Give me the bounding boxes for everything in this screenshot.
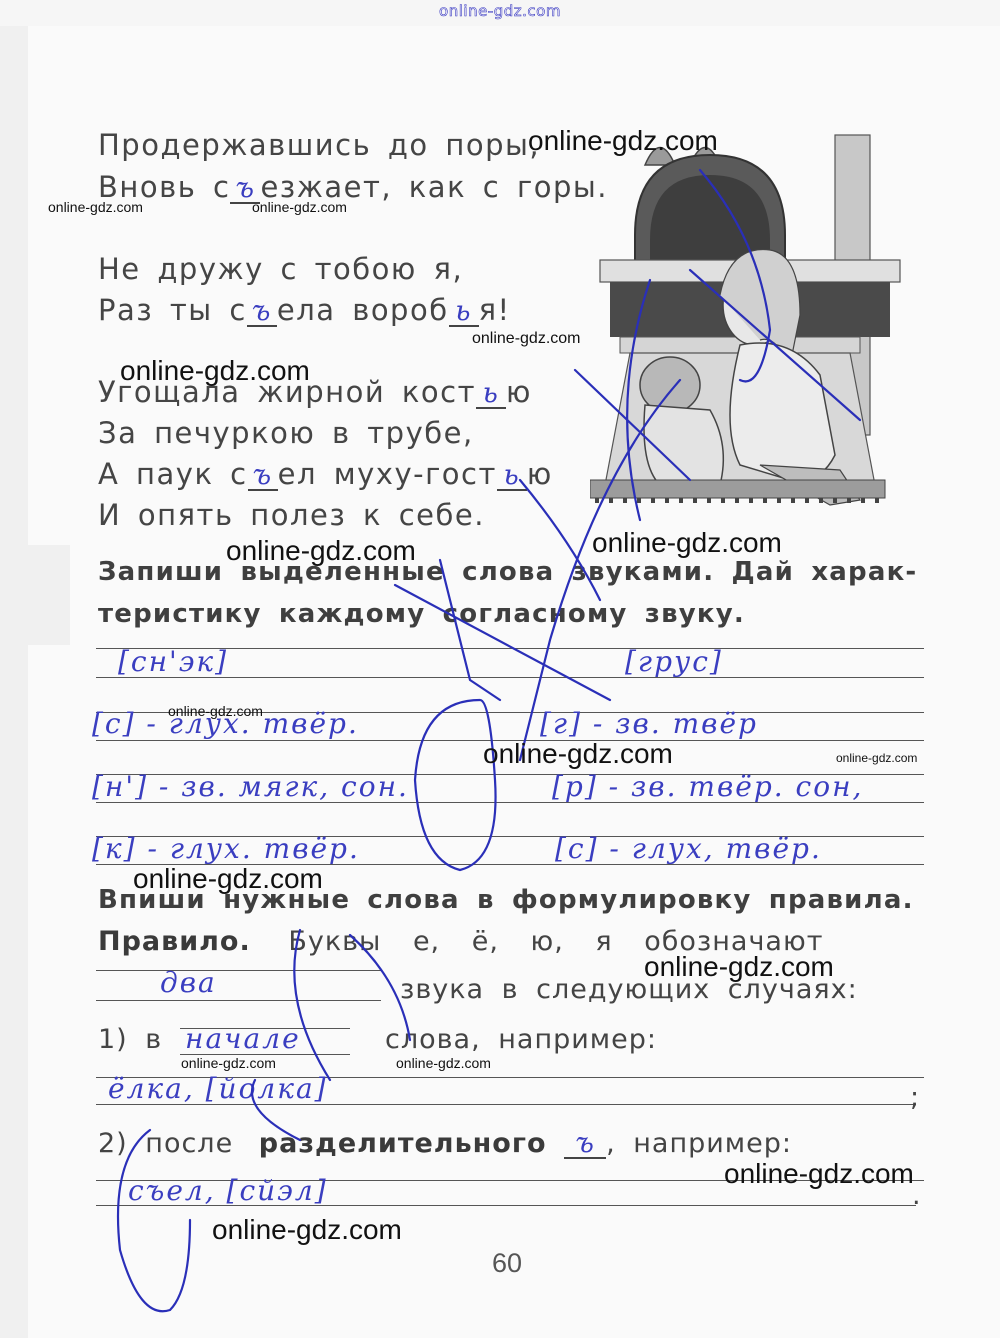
watermark: online-gdz.com <box>181 1055 276 1071</box>
handwritten-example: ёлка, [йолка] <box>108 1072 328 1105</box>
handwritten-transcription: [грус] <box>625 645 723 678</box>
fill-blank[interactable]: ъ <box>248 460 278 491</box>
watermark: online-gdz.com <box>48 199 143 215</box>
watermark: online-gdz.com <box>724 1158 914 1190</box>
task-instruction: теристику каждому согласному звуку. <box>98 599 745 629</box>
text-part: ел муху-гост <box>278 457 497 491</box>
handwritten-fill[interactable]: два <box>160 966 217 999</box>
fill-blank[interactable]: ъ <box>564 1129 606 1159</box>
watermark: online-gdz.com <box>396 1055 491 1071</box>
fill-blank[interactable]: ь <box>476 378 506 409</box>
text-part: А паук с <box>98 457 248 491</box>
rule-label: Правило. <box>98 926 251 957</box>
handwritten-example: съел, [сйэл] <box>128 1174 328 1207</box>
text-part: я! <box>479 293 511 327</box>
handwritten-characteristic: [р] - зв. твёр. сон, <box>552 770 863 803</box>
handwritten-answer: ъ <box>575 1126 595 1159</box>
handwritten-answer: ь <box>504 458 521 491</box>
poem-line: Продержавшись до поры, <box>98 128 540 162</box>
poem-line: И опять полез к себе. <box>98 498 485 532</box>
case-text: слова, например: <box>385 1024 657 1055</box>
poem-line: Не дружу с тобою я, <box>98 252 463 286</box>
writing-line <box>96 1000 381 1001</box>
watermark: online-gdz.com <box>483 738 673 770</box>
writing-line <box>96 970 381 971</box>
illustration-girl-cat-stove <box>590 125 920 525</box>
text-part: ю <box>506 375 532 409</box>
watermark: online-gdz.com <box>472 330 581 348</box>
watermark: online-gdz.com <box>133 863 323 895</box>
case-number: 1) в <box>98 1024 162 1055</box>
handwritten-answer: ъ <box>252 294 272 327</box>
watermark: online-gdz.com <box>592 527 782 559</box>
handwritten-transcription: [сн'эк] <box>118 645 228 678</box>
watermark: online-gdz.com <box>120 355 310 387</box>
fill-blank[interactable]: ь <box>497 460 527 491</box>
watermark: online-gdz.com <box>212 1214 402 1246</box>
watermark: online-gdz.com <box>168 703 263 719</box>
handwritten-answer: ь <box>455 294 472 327</box>
poem-line: А паук съел муху-гостью <box>98 457 553 491</box>
watermark: online-gdz.com <box>528 125 718 157</box>
case-1: 1) в <box>98 1024 162 1055</box>
watermark: online-gdz.com <box>836 751 917 765</box>
case-text: , например: <box>606 1128 792 1159</box>
handwritten-characteristic: [к] - глух. твёр. <box>92 832 360 865</box>
watermark: online-gdz.com <box>226 535 416 567</box>
poem-line: Раз ты съела воробья! <box>98 293 511 327</box>
handwritten-answer: ь <box>483 376 500 409</box>
fill-blank[interactable]: ь <box>449 296 479 327</box>
handwritten-characteristic: [г] - зв. твёр <box>540 707 758 740</box>
handwritten-characteristic: [н'] - зв. мягк, сон. <box>92 770 409 803</box>
text-part: ела вороб <box>277 293 449 327</box>
task-instruction: Запиши выделенные слова звуками. Дай хар… <box>98 557 917 587</box>
text-part: ю <box>527 457 553 491</box>
page-number: 60 <box>492 1248 522 1279</box>
bold-term: разделительного <box>259 1128 547 1159</box>
poem-line: Вновь съезжает, как с горы. <box>98 170 608 204</box>
bleed-through-mark <box>28 545 70 645</box>
watermark: online-gdz.com <box>644 951 834 983</box>
poem-line: За печуркою в трубе, <box>98 416 474 450</box>
top-watermark: online-gdz.com <box>0 2 1000 20</box>
handwritten-fill[interactable]: начале <box>185 1022 301 1055</box>
punctuation: ; <box>910 1082 920 1113</box>
watermark: online-gdz.com <box>252 199 347 215</box>
handwritten-answer: ъ <box>253 458 273 491</box>
page-bleed <box>0 26 28 1338</box>
case-number: 2) после <box>98 1128 233 1159</box>
fill-blank[interactable]: ъ <box>247 296 277 327</box>
case-2: 2) после разделительного ъ, например: <box>98 1128 792 1159</box>
text-part: Раз ты с <box>98 293 247 327</box>
handwritten-characteristic: [с] - глух, твёр. <box>555 832 822 865</box>
